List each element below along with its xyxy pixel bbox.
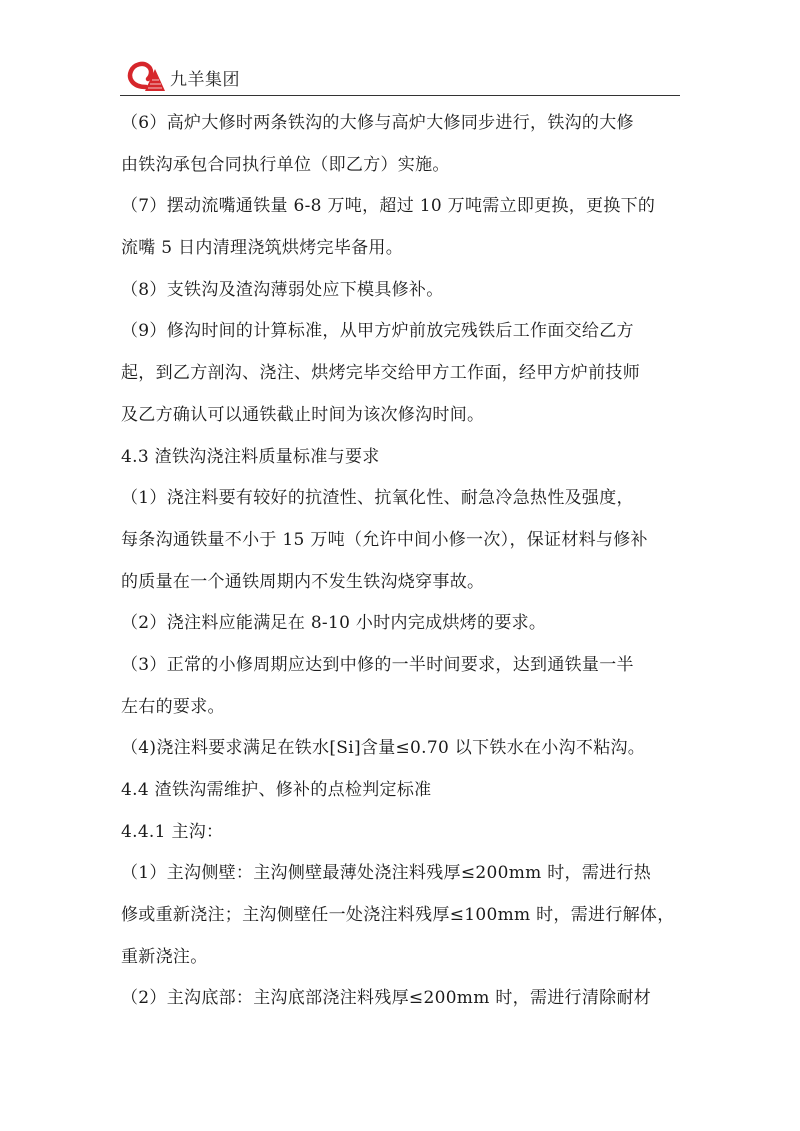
text-line: 流嘴 5 日内清理浇筑烘烤完毕备用。 [121,228,686,270]
text-line: 由铁沟承包合同执行单位（即乙方）实施。 [121,145,686,187]
document-body: （6）高炉大修时两条铁沟的大修与高炉大修同步进行，铁沟的大修 由铁沟承包合同执行… [121,103,686,1020]
section-heading: 4.3 渣铁沟浇注料质量标准与要求 [121,437,686,479]
page-header: 九羊集团 [120,58,680,98]
text-line: （9）修沟时间的计算标准，从甲方炉前放完残铁后工作面交给乙方 [121,311,686,353]
brand-name: 九羊集团 [170,65,240,90]
text-line: 起，到乙方剖沟、浇注、烘烤完毕交给甲方工作面，经甲方炉前技师 [121,353,686,395]
text-line: （8）支铁沟及渣沟薄弱处应下模具修补。 [121,270,686,312]
header-divider [120,95,680,96]
text-line: 每条沟通铁量不小于 15 万吨（允许中间小修一次），保证材料与修补 [121,520,686,562]
text-line: 重新浇注。 [121,937,686,979]
text-line: （2）主沟底部：主沟底部浇注料残厚≤200mm 时，需进行清除耐材 [121,978,686,1020]
text-line: 及乙方确认可以通铁截止时间为该次修沟时间。 [121,395,686,437]
text-line: （6）高炉大修时两条铁沟的大修与高炉大修同步进行，铁沟的大修 [121,103,686,145]
text-line: （3）正常的小修周期应达到中修的一半时间要求，达到通铁量一半 [121,645,686,687]
section-heading: 4.4 渣铁沟需维护、修补的点检判定标准 [121,770,686,812]
text-line: 左右的要求。 [121,687,686,729]
text-line: （1）浇注料要有较好的抗渣性、抗氧化性、耐急冷急热性及强度， [121,478,686,520]
text-line: （7）摆动流嘴通铁量 6-8 万吨，超过 10 万吨需立即更换，更换下的 [121,186,686,228]
company-logo-icon [126,60,166,94]
text-line: 修或重新浇注；主沟侧壁任一处浇注料残厚≤100mm 时，需进行解体， [121,895,686,937]
text-line: （4)浇注料要求满足在铁水[Si]含量≤0.70 以下铁水在小沟不粘沟。 [121,728,686,770]
text-line: （2）浇注料应能满足在 8-10 小时内完成烘烤的要求。 [121,603,686,645]
text-line: 的质量在一个通铁周期内不发生铁沟烧穿事故。 [121,562,686,604]
subsection-heading: 4.4.1 主沟： [121,812,686,854]
text-line: （1）主沟侧壁：主沟侧壁最薄处浇注料残厚≤200mm 时，需进行热 [121,853,686,895]
